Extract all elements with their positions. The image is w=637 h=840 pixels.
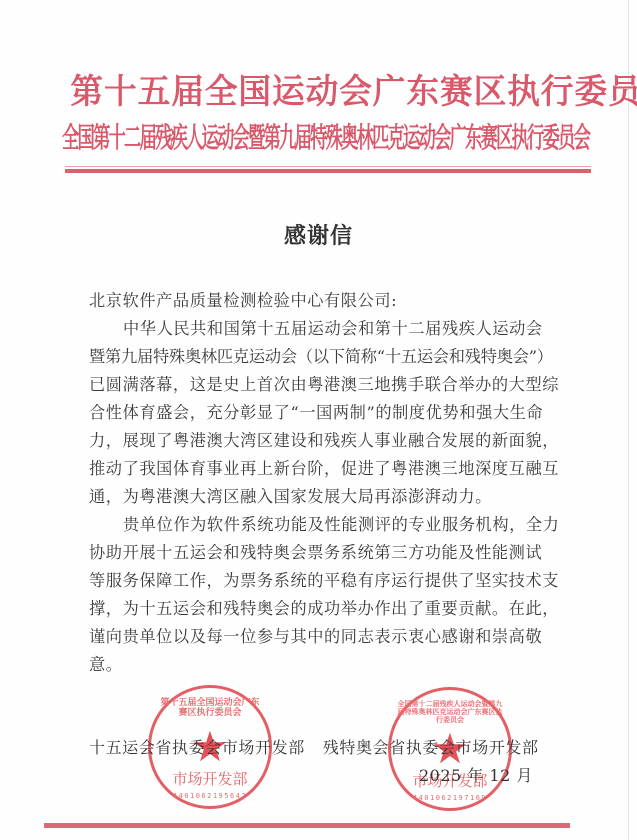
letterhead-line-2: 全国第十二届残疾人运动会暨第九届特殊奥林匹克运动会广东赛区执行委员会	[62, 120, 384, 156]
signer-1: 十五运会省执委会市场开发部	[89, 738, 305, 757]
seal-code: 4401062195642	[151, 792, 269, 800]
paragraph-line: 贵单位作为软件系统功能及性能测评的专业服务机构，全力	[89, 511, 559, 539]
seal-ring-text: 全国第十二届残疾人运动会暨第九届特殊奥林匹克运动会广东赛区执行委员会	[397, 700, 503, 724]
paragraph-line: 等服务保障工作，为票务系统的平稳有序运行提供了坚实技术支	[89, 567, 559, 595]
letterhead-line-1: 第十五届全国运动会广东赛区执行委员会	[70, 70, 569, 114]
paragraph-2: 贵单位作为软件系统功能及性能测评的专业服务机构，全力 协助开展十五运会和残特奥会…	[89, 511, 559, 679]
letterhead-divider	[65, 169, 591, 173]
paragraph-line: 撑，为十五运会和残特奥会的成功举办作出了重要贡献。在此，	[89, 595, 559, 623]
paragraph-line: 协助开展十五运会和残特奥会票务系统第三方功能及性能测试	[89, 539, 559, 567]
document-title: 感谢信	[0, 219, 637, 250]
paragraph-line: 暨第九届特殊奥林匹克运动会（以下简称“十五运会和残特奥会”）	[89, 343, 559, 371]
seal-ring-text: 第十五届全国运动会广东赛区执行委员会	[157, 698, 263, 718]
letter-date: 2025 年 12 月	[419, 763, 533, 786]
paragraph-line: 力，展现了粤港澳大湾区建设和残疾人事业融合发展的新面貌，	[89, 427, 559, 455]
paragraph-line: 谨向贵单位以及每一位参与其中的同志表示衷心感谢和崇高敬	[89, 623, 559, 651]
seal-department: 市场开发部	[151, 768, 269, 789]
salutation: 北京软件产品质量检测检验中心有限公司:	[89, 287, 559, 315]
paragraph-line: 推动了我国体育事业再上新台阶，促进了粤港澳三地深度互融互	[89, 455, 559, 483]
seal-code: 4401062197169	[391, 794, 509, 802]
signer-2: 残特奥会省执委会市场开发部	[323, 738, 539, 757]
letter-page: 第十五届全国运动会广东赛区执行委员会 全国第十二届残疾人运动会暨第九届特殊奥林匹…	[0, 0, 637, 840]
salutation-text: 北京软件产品质量检测检验中心有限公司:	[89, 287, 559, 315]
paragraph-line: 中华人民共和国第十五届运动会和第十二届残疾人运动会	[89, 315, 559, 343]
page-edge	[628, 0, 629, 840]
paragraph-line: 已圆满落幕，这是史上首次由粤港澳三地携手联合举办的大型综	[89, 371, 559, 399]
footer-divider	[44, 823, 570, 828]
signature-line: 十五运会省执委会市场开发部残特奥会省执委会市场开发部	[89, 735, 539, 758]
paragraph-line: 意。	[89, 651, 559, 679]
paragraph-line: 合性体育盛会，充分彰显了“一国两制”的制度优势和强大生命	[89, 399, 559, 427]
paragraph-1: 中华人民共和国第十五届运动会和第十二届残疾人运动会 暨第九届特殊奥林匹克运动会（…	[89, 315, 559, 511]
paragraph-line: 通，为粤港澳大湾区融入国家发展大局再添澎湃动力。	[89, 483, 559, 511]
